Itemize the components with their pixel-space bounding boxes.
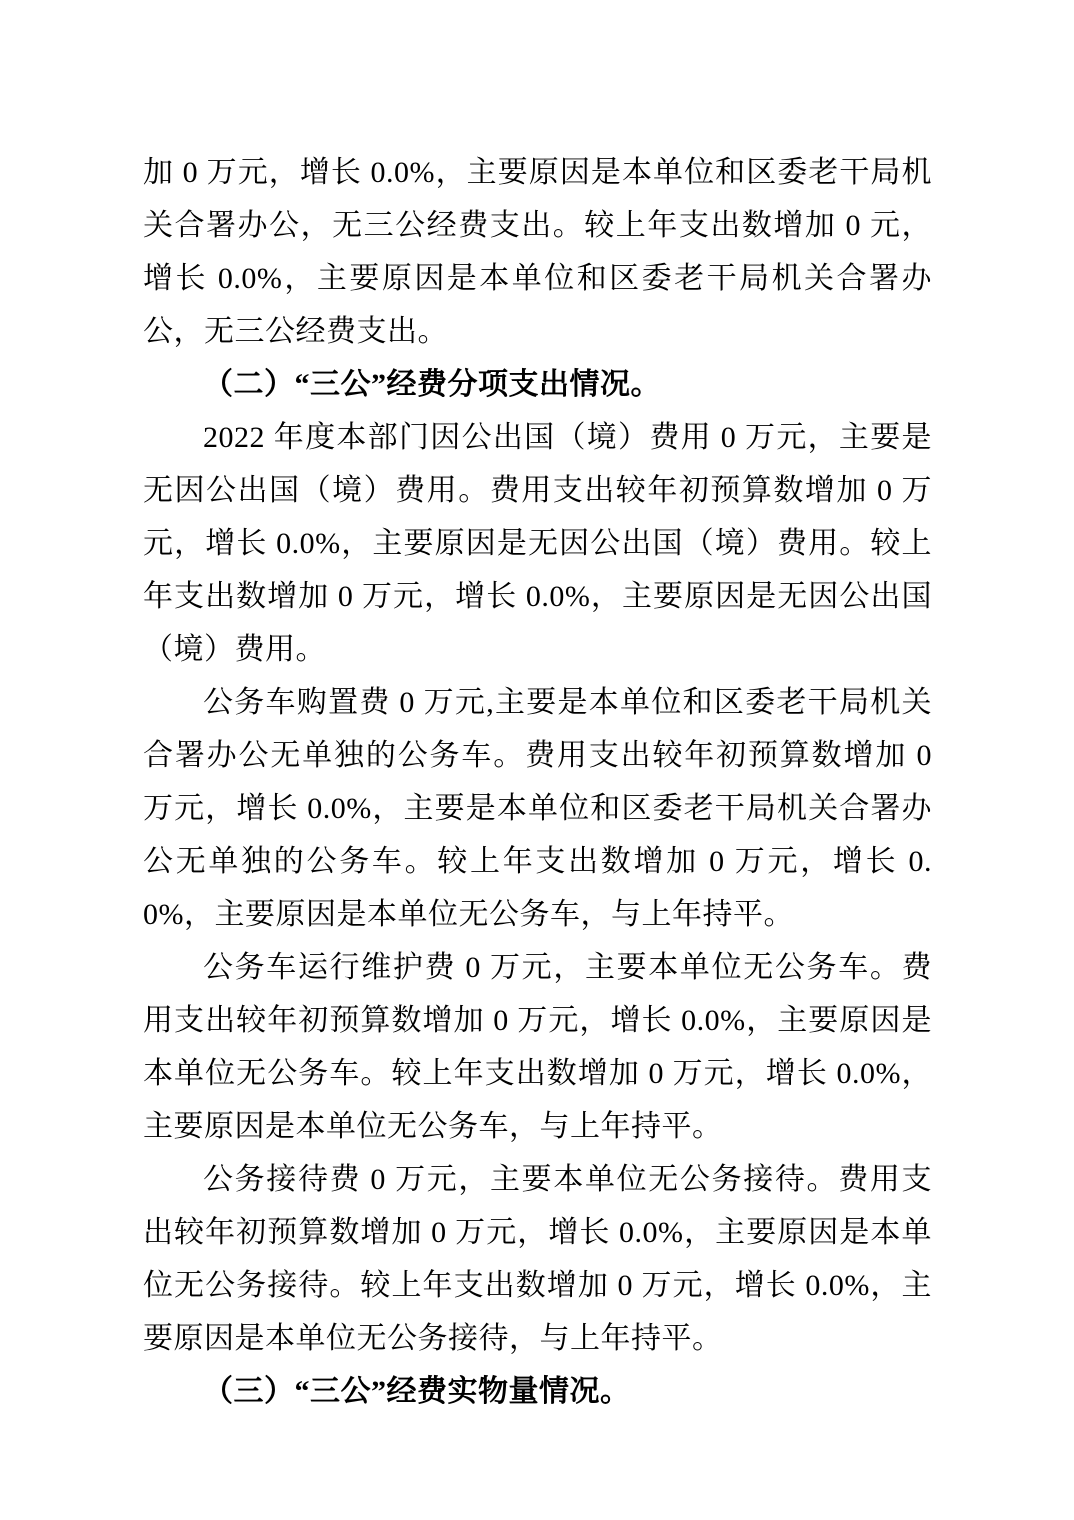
paragraph-overseas-trip-expenses: 2022 年度本部门因公出国（境）费用 0 万元，主要是无因公出国（境）费用。费…: [143, 411, 932, 676]
paragraph-official-vehicle-purchase: 公务车购置费 0 万元,主要是本单位和区委老干局机关合署办公无单独的公务车。费用…: [143, 676, 932, 941]
paragraph-official-reception-expenses: 公务接待费 0 万元，主要本单位无公务接待。费用支出较年初预算数增加 0 万元，…: [143, 1153, 932, 1365]
paragraph-official-vehicle-maintenance: 公务车运行维护费 0 万元，主要本单位无公务车。费用支出较年初预算数增加 0 万…: [143, 941, 932, 1153]
paragraph-three-public-funds-total-continuation: 加 0 万元，增长 0.0%，主要原因是本单位和区委老干局机关合署办公，无三公经…: [143, 146, 932, 358]
section-heading-three-physical-quantity: （三）“三公”经费实物量情况。: [143, 1365, 932, 1418]
section-heading-two-itemized-expenditure: （二）“三公”经费分项支出情况。: [143, 358, 932, 411]
document-page: 加 0 万元，增长 0.0%，主要原因是本单位和区委老干局机关合署办公，无三公经…: [0, 0, 1074, 1520]
